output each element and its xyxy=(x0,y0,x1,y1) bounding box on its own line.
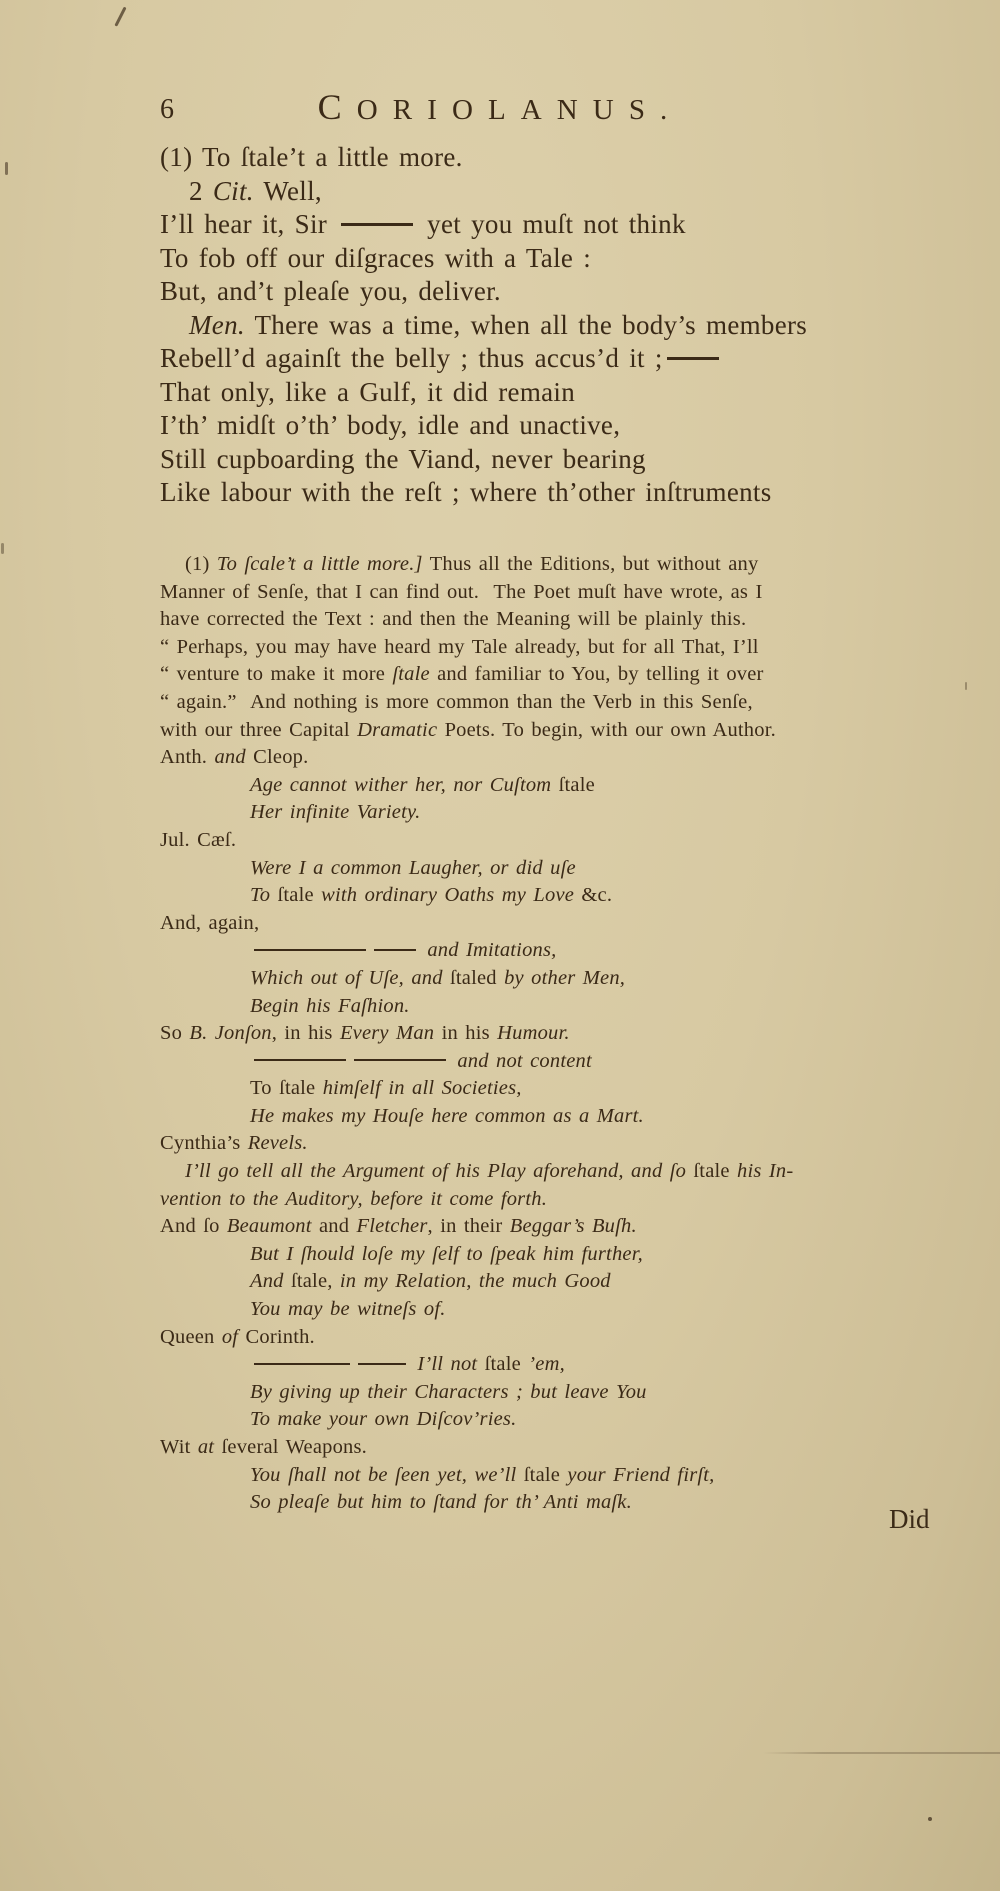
text-segment: Well, xyxy=(254,176,322,206)
text-segment: and xyxy=(312,1215,357,1237)
ink-slash-mark xyxy=(114,7,126,27)
text-segment: Corinth. xyxy=(246,1326,315,1348)
text-segment: Which out of Uſe, and xyxy=(250,967,450,989)
text-segment: Thus all the Editions, but without any xyxy=(423,553,759,575)
long-dash xyxy=(254,949,366,951)
text-segment: Rebell’d againſt the belly ; thus accus’… xyxy=(160,343,663,373)
text-line: Queen of Corinth. xyxy=(160,1324,793,1352)
page-title: CORIOLANUS. xyxy=(0,86,1000,128)
text-segment: Fletcher xyxy=(357,1215,428,1237)
page-header: 6 CORIOLANUS. xyxy=(0,86,1000,132)
text-line: And ſtale, in my Relation, the much Good xyxy=(250,1268,793,1296)
text-segment: your Friend firſt, xyxy=(567,1464,714,1486)
text-segment: To make your own Diſcov’ries. xyxy=(250,1408,516,1430)
text-line: So B. Jonſon, in his Every Man in his Hu… xyxy=(160,1020,793,1048)
text-segment: “ venture to make it more xyxy=(160,663,392,685)
text-line: Wit at ſeveral Weapons. xyxy=(160,1434,793,1462)
text-line: To fob off our diſgraces with a Tale : xyxy=(160,242,807,276)
long-dash xyxy=(374,949,416,951)
text-segment: of xyxy=(222,1326,246,1348)
text-segment: , in his xyxy=(272,1022,340,1044)
text-segment: yet you muſt not think xyxy=(417,209,686,239)
text-segment: Men. xyxy=(189,310,245,340)
text-segment: ſtaled xyxy=(450,967,504,989)
text-segment: To ſcale’t a little more.] xyxy=(217,553,423,575)
text-segment: “ Perhaps, you may have heard my Tale al… xyxy=(160,636,759,658)
text-line: But I ſhould loſe my ſelf to ſpeak him f… xyxy=(250,1241,793,1269)
text-segment: Still cupboarding the Viand, never beari… xyxy=(160,444,646,474)
text-line: And, again, xyxy=(160,910,793,938)
text-segment: with ordinary Oaths my Love xyxy=(321,884,581,906)
long-dash xyxy=(667,357,719,360)
text-line: That only, like a Gulf, it did remain xyxy=(160,376,807,410)
text-segment: Revels. xyxy=(248,1132,308,1154)
text-segment: Queen xyxy=(160,1326,222,1348)
text-segment: B. Jonſon xyxy=(189,1022,271,1044)
text-line: To make your own Diſcov’ries. xyxy=(250,1406,793,1434)
text-line: “ venture to make it more ſtale and fami… xyxy=(160,661,793,689)
text-segment: 2 xyxy=(189,176,213,206)
text-segment: Begin his Faſhion. xyxy=(250,995,410,1017)
text-segment: I’ll hear it, Sir xyxy=(160,209,337,239)
text-segment: You ſhall not be ſeen yet, we’ll xyxy=(250,1464,524,1486)
text-line: Manner of Senſe, that I can find out. Th… xyxy=(160,579,793,607)
text-segment: , in my Relation, the much Good xyxy=(327,1270,611,1292)
text-segment: (1) xyxy=(185,553,217,575)
text-line: with our three Capital Dramatic Poets. T… xyxy=(160,717,793,745)
text-segment: Manner of Senſe, that I can find out. Th… xyxy=(160,581,762,603)
ink-speck xyxy=(5,162,8,175)
text-segment: ſtale xyxy=(485,1353,521,1375)
text-segment: Humour. xyxy=(497,1022,570,1044)
text-segment: ſeveral Weapons. xyxy=(222,1436,367,1458)
text-segment: Cit. xyxy=(213,176,254,206)
title-rest: ORIOLANUS. xyxy=(357,94,683,126)
text-segment: Every Man xyxy=(340,1022,434,1044)
text-segment: But, and’t pleaſe you, deliver. xyxy=(160,276,501,306)
text-line: And ſo Beaumont and Fletcher, in their B… xyxy=(160,1213,793,1241)
text-line: Rebell’d againſt the belly ; thus accus’… xyxy=(160,342,807,376)
text-segment: He makes my Houſe here common as a Mart. xyxy=(250,1105,644,1127)
text-segment: Cynthia’s xyxy=(160,1132,248,1154)
text-segment: To xyxy=(250,884,278,906)
text-segment: Like labour with the reſt ; where th’oth… xyxy=(160,477,772,507)
text-segment: “ again.” And nothing is more common tha… xyxy=(160,691,753,713)
text-line: By giving up their Characters ; but leav… xyxy=(250,1379,793,1407)
text-segment: And xyxy=(250,1270,291,1292)
text-line: Like labour with the reſt ; where th’oth… xyxy=(160,476,807,510)
text-segment: You may be witneſs of. xyxy=(250,1298,446,1320)
text-segment: I’ll not xyxy=(417,1353,484,1375)
text-segment: (1) To ſtale’t a little more. xyxy=(160,142,463,172)
text-segment: at xyxy=(198,1436,222,1458)
text-segment: And, again, xyxy=(160,912,259,934)
text-segment: Jul. Cæſ. xyxy=(160,829,236,851)
text-segment: by other Men, xyxy=(504,967,625,989)
main-text-block: (1) To ſtale’t a little more.2 Cit. Well… xyxy=(160,141,807,510)
text-segment: vention to the Auditory, before it come … xyxy=(160,1188,547,1210)
text-line: You ſhall not be ſeen yet, we’ll ſtale y… xyxy=(250,1462,793,1490)
long-dash xyxy=(354,1059,446,1061)
long-dash xyxy=(254,1363,350,1365)
text-line: and not content xyxy=(250,1048,793,1076)
text-segment: ſtale xyxy=(524,1464,568,1486)
text-segment: and not content xyxy=(457,1050,592,1072)
catchword: Did xyxy=(889,1504,930,1535)
text-line: (1) To ſcale’t a little more.] Thus all … xyxy=(185,551,793,579)
text-line: He makes my Houſe here common as a Mart. xyxy=(250,1103,793,1131)
text-line: “ Perhaps, you may have heard my Tale al… xyxy=(160,634,793,662)
text-line: I’ll go tell all the Argument of his Pla… xyxy=(185,1158,793,1186)
text-segment: To fob off our diſgraces with a Tale : xyxy=(160,243,591,273)
text-segment: Beggar’s Buſh. xyxy=(510,1215,637,1237)
text-line: Were I a common Laugher, or did uſe xyxy=(250,855,793,883)
text-segment: have corrected the Text : and then the M… xyxy=(160,608,746,630)
ink-speck xyxy=(965,682,967,690)
text-segment: And ſo xyxy=(160,1215,227,1237)
text-line: I’ll not ſtale ’em, xyxy=(250,1351,793,1379)
text-segment: There was a time, when all the body’s me… xyxy=(245,310,807,340)
long-dash xyxy=(358,1363,406,1365)
text-line: Begin his Faſhion. xyxy=(250,993,793,1021)
text-segment: and Imitations, xyxy=(427,939,556,961)
ink-speck xyxy=(928,1817,932,1821)
text-segment: ſtale xyxy=(291,1270,327,1292)
text-segment: Beaumont xyxy=(227,1215,312,1237)
long-dash xyxy=(254,1059,346,1061)
text-line: Still cupboarding the Viand, never beari… xyxy=(160,443,807,477)
text-line: Men. There was a time, when all the body… xyxy=(189,309,807,343)
text-segment: and xyxy=(214,746,245,768)
text-segment: his In- xyxy=(737,1160,793,1182)
text-line: I’th’ midſt o’th’ body, idle and unactiv… xyxy=(160,409,807,443)
text-segment: To ſtale xyxy=(250,1077,323,1099)
text-segment: Cleop. xyxy=(246,746,309,768)
text-segment: But I ſhould loſe my ſelf to ſpeak him f… xyxy=(250,1243,643,1265)
text-segment: That only, like a Gulf, it did remain xyxy=(160,377,575,407)
text-line: Age cannot wither her, nor Cuſtom ſtale xyxy=(250,772,793,800)
text-line: Her infinite Variety. xyxy=(250,799,793,827)
text-line: You may be witneſs of. xyxy=(250,1296,793,1324)
text-line: “ again.” And nothing is more common tha… xyxy=(160,689,793,717)
long-dash xyxy=(341,223,413,226)
text-segment: with our three Capital xyxy=(160,719,357,741)
text-segment: Age cannot wither her, nor Cuſtom xyxy=(250,774,559,796)
text-line: Cynthia’s Revels. xyxy=(160,1130,793,1158)
text-segment: &c. xyxy=(581,884,612,906)
text-line: So pleaſe but him to ſtand for th’ Anti … xyxy=(250,1489,793,1517)
ink-speck xyxy=(1,543,4,554)
text-segment: Wit xyxy=(160,1436,198,1458)
text-line: To ſtale with ordinary Oaths my Love &c. xyxy=(250,882,793,910)
text-segment: and familiar to You, by telling it over xyxy=(430,663,764,685)
text-line: 2 Cit. Well, xyxy=(189,175,807,209)
text-segment: ſtale xyxy=(693,1160,737,1182)
footnote-block: (1) To ſcale’t a little more.] Thus all … xyxy=(160,551,793,1517)
text-segment: By giving up their Characters ; but leav… xyxy=(250,1381,647,1403)
text-segment: in his xyxy=(434,1022,497,1044)
page-crease-line xyxy=(763,1752,1000,1754)
text-line: To ſtale himſelf in all Societies, xyxy=(250,1075,793,1103)
text-segment: ſtale xyxy=(392,663,429,685)
text-segment: I’th’ midſt o’th’ body, idle and unactiv… xyxy=(160,410,620,440)
text-line: have corrected the Text : and then the M… xyxy=(160,606,793,634)
text-segment: ’em, xyxy=(521,1353,565,1375)
text-segment: , in their xyxy=(428,1215,510,1237)
text-line: Jul. Cæſ. xyxy=(160,827,793,855)
text-line: Anth. and Cleop. xyxy=(160,744,793,772)
book-page: 6 CORIOLANUS. (1) To ſtale’t a little mo… xyxy=(0,0,1000,1891)
text-segment: Dramatic xyxy=(357,719,437,741)
text-segment: Her infinite Variety. xyxy=(250,801,420,823)
text-line: I’ll hear it, Sir yet you muſt not think xyxy=(160,208,807,242)
text-segment: So xyxy=(160,1022,189,1044)
text-segment: I’ll go tell all the Argument of his Pla… xyxy=(185,1160,693,1182)
text-line: and Imitations, xyxy=(250,937,793,965)
text-segment: Were I a common Laugher, or did uſe xyxy=(250,857,576,879)
text-line: Which out of Uſe, and ſtaled by other Me… xyxy=(250,965,793,993)
title-initial: C xyxy=(318,87,357,127)
text-line: (1) To ſtale’t a little more. xyxy=(160,141,807,175)
text-segment: So pleaſe but him to ſtand for th’ Anti … xyxy=(250,1491,632,1513)
text-segment: himſelf in all Societies, xyxy=(323,1077,522,1099)
text-segment: ſtale xyxy=(559,774,595,796)
text-segment: Anth. xyxy=(160,746,214,768)
text-segment: ſtale xyxy=(278,884,322,906)
text-segment: Poets. To begin, with our own Author. xyxy=(437,719,776,741)
text-line: But, and’t pleaſe you, deliver. xyxy=(160,275,807,309)
text-line: vention to the Auditory, before it come … xyxy=(160,1186,793,1214)
